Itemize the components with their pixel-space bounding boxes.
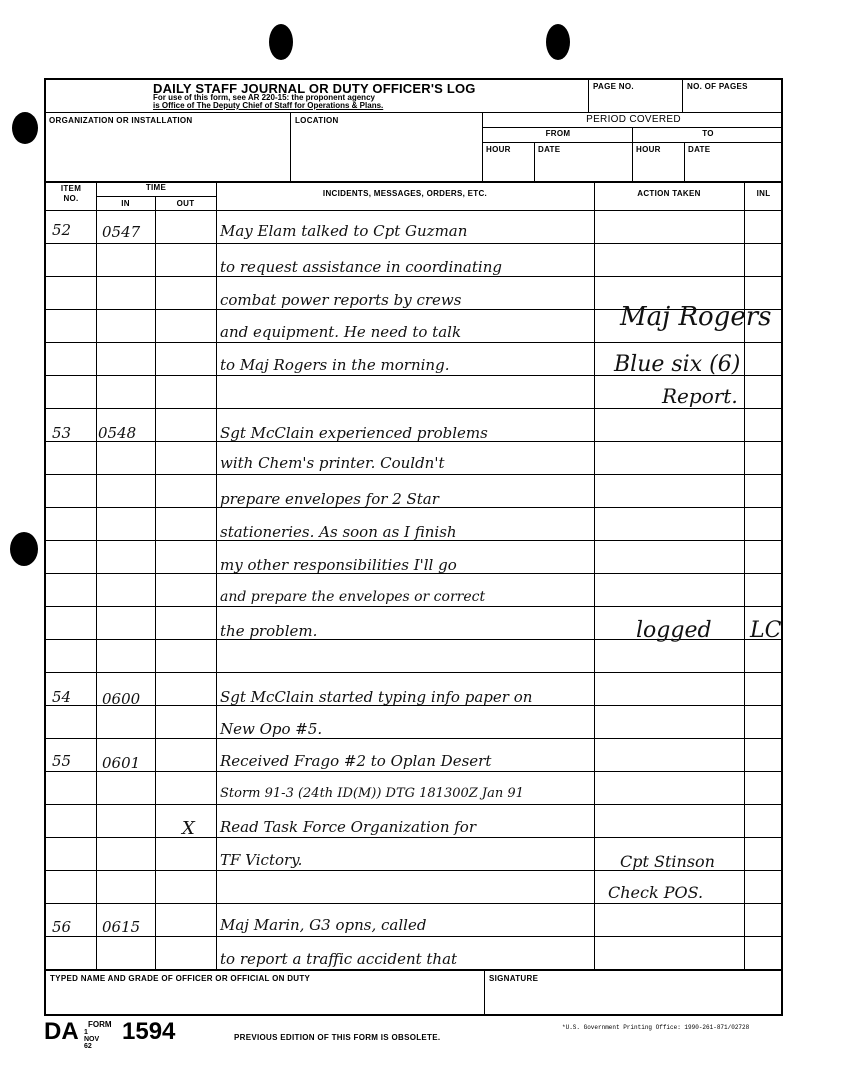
to-hour-label: HOUR [636,145,661,154]
entry-line: my other responsibilities I'll go [220,556,457,574]
action-note: Cpt Stinson [620,852,715,871]
from-hour-field[interactable]: HOUR [484,143,534,181]
col-header-action: ACTION TAKEN [594,189,744,198]
divider [290,112,291,182]
entry-line: to request assistance in coordinating [220,258,502,276]
item-number: 56 [52,918,71,936]
entry-line: Maj Marin, G3 opns, called [220,916,426,934]
period-covered-label: PERIOD COVERED [484,113,783,127]
action-note-logged: logged [636,618,712,643]
entry-line: the problem. [220,622,317,640]
signature-field[interactable]: SIGNATURE [486,971,782,1014]
col-header-in: IN [96,199,155,208]
row-line [44,276,783,277]
to-date-field[interactable]: DATE [686,143,782,181]
printing-office: *U.S. Government Printing Office: 1990-2… [562,1024,749,1031]
entry-line: stationeries. As soon as I finish [220,523,457,541]
time-in: 0615 [102,918,140,936]
location-label: LOCATION [295,116,339,125]
item-number: 52 [52,221,71,239]
from-date-field[interactable]: DATE [536,143,632,181]
row-line [44,771,783,772]
entry-line: prepare envelopes for 2 Star [220,490,439,508]
row-line [44,672,783,673]
col-header-inl: INL [744,189,783,198]
entry-line: and prepare the envelopes or correct [220,589,485,605]
location-field[interactable]: LOCATION [292,113,482,181]
entry-line: combat power reports by crews [220,291,461,309]
no-label: NO. [46,194,96,204]
row-line [44,408,783,409]
from-label: FROM [484,129,632,138]
typed-name-label: TYPED NAME AND GRADE OF OFFICER OR OFFIC… [50,974,310,983]
to-date-label: DATE [688,145,710,154]
punch-hole-left-middle [10,532,38,566]
entry-line: and equipment. He need to talk [220,323,461,341]
item-number: 54 [52,688,71,706]
item-number: 53 [52,424,71,442]
col-header-incidents: INCIDENTS, MESSAGES, ORDERS, ETC. [216,189,594,198]
row-line [44,243,783,244]
divider [484,969,485,1016]
typed-name-field[interactable]: TYPED NAME AND GRADE OF OFFICER OR OFFIC… [46,971,482,1014]
divider [482,112,483,182]
entry-line: Read Task Force Organization for [220,818,476,836]
action-note: Check POS. [608,883,703,902]
out-mark: X [182,818,195,839]
punch-hole-left-upper [12,112,38,144]
entry-line: May Elam talked to Cpt Guzman [220,222,467,240]
item-label: ITEM [46,184,96,194]
col-divider-action [744,182,745,969]
divider [682,78,683,113]
row-line [44,936,783,937]
divider [534,142,535,182]
col-header-out: OUT [155,199,216,208]
organization-field[interactable]: ORGANIZATION OR INSTALLATION [46,113,290,181]
col-header-time: TIME [96,183,216,192]
form-number: 1594 [122,1018,175,1046]
to-label: TO [634,129,782,138]
row-line [44,606,783,607]
entry-line: TF Victory. [220,851,302,869]
initials: LC [750,618,781,643]
no-of-pages-label: NO. OF PAGES [687,82,748,91]
col-divider-incidents [594,182,595,969]
divider [684,142,685,182]
time-in: 0601 [102,754,140,772]
time-in: 0600 [102,690,140,708]
from-date-label: DATE [538,145,560,154]
divider [588,78,589,113]
divider [96,196,216,197]
item-number: 55 [52,752,71,770]
row-line [44,837,783,838]
page-no-label: PAGE NO. [593,82,634,91]
organization-label: ORGANIZATION OR INSTALLATION [49,116,193,125]
col-header-item: ITEM NO. [46,184,96,204]
row-line [44,903,783,904]
col-divider-out [216,182,217,969]
signature-label: SIGNATURE [489,974,538,983]
col-divider-in [155,196,156,969]
col-divider-item [96,182,97,969]
entry-line: Sgt McClain experienced problems [220,424,488,442]
entry-line: Received Frago #2 to Oplan Desert [220,752,491,770]
punch-hole-top-right [546,24,570,60]
time-in: 0547 [102,223,140,241]
row-line [44,738,783,739]
row-line [44,804,783,805]
row-line [44,474,783,475]
entry-line: to report a traffic accident that [220,950,457,968]
entry-line: New Opo #5. [220,720,322,738]
punch-hole-top-left [269,24,293,60]
form-date: 1 NOV 62 [84,1029,99,1050]
entry-line: with Chem's printer. Couldn't [220,454,445,472]
row-line [44,342,783,343]
form-word: FORM [88,1020,112,1029]
action-note: Blue six (6) [614,352,740,377]
action-note: Maj Rogers [620,302,771,332]
entry-line: Sgt McClain started typing info paper on [220,688,532,706]
page-no-field[interactable]: PAGE NO. [590,79,682,112]
from-hour-label: HOUR [486,145,511,154]
entry-line: Storm 91-3 (24th ID(M)) DTG 181300Z Jan … [220,786,524,801]
form-subtitle-2: is Office of The Deputy Chief of Staff f… [153,102,383,110]
action-note: Report. [662,384,738,408]
entry-line: to Maj Rogers in the morning. [220,356,449,374]
da-label: DA [44,1018,79,1046]
obsolete-notice: PREVIOUS EDITION OF THIS FORM IS OBSOLET… [234,1033,440,1042]
to-hour-field[interactable]: HOUR [634,143,684,181]
divider [632,127,633,182]
time-in: 0548 [98,424,136,442]
no-of-pages-field[interactable]: NO. OF PAGES [684,79,782,112]
